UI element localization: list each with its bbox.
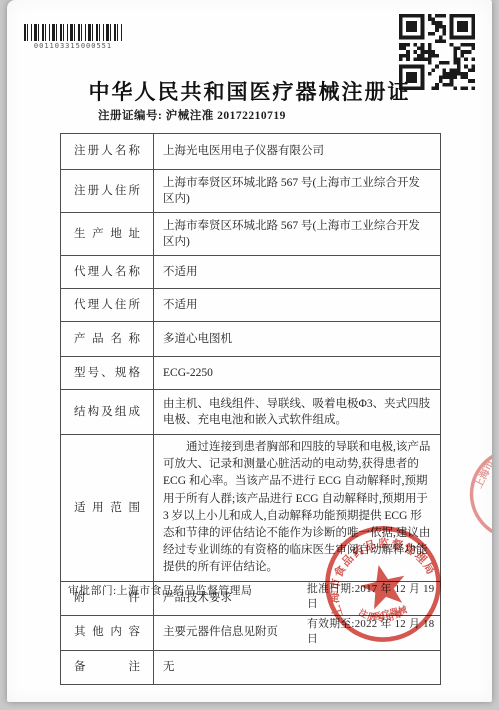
field-value: 多道心电图机 bbox=[154, 322, 441, 357]
table-row: 代理人名称 不适用 bbox=[61, 256, 441, 289]
registration-number-line: 注册证编号: 沪械注准 20172210719 bbox=[98, 107, 286, 123]
field-label: 结构及组成 bbox=[61, 390, 154, 435]
edge-seal: 上海市 bbox=[447, 436, 492, 560]
field-label: 代理人名称 bbox=[61, 256, 154, 289]
field-value: 不适用 bbox=[154, 289, 441, 322]
approval-value: 上海市食品药品监督管理局 bbox=[117, 585, 253, 597]
table-row: 注册人名称 上海光电医用电子仪器有限公司 bbox=[61, 134, 441, 170]
table-row: 生产地址 上海市奉贤区环城北路 567 号(上海市工业综合开发区内) bbox=[61, 213, 441, 256]
table-row: 结构及组成 由主机、电线组件、导联线、吸着电极Φ3、夹式四肢电极、充电电池和嵌入… bbox=[61, 390, 441, 435]
table-row: 代理人住所 不适用 bbox=[61, 289, 441, 322]
approval-label: 审批部门: bbox=[68, 585, 117, 597]
field-value: 由主机、电线组件、导联线、吸着电极Φ3、夹式四肢电极、充电电池和嵌入式软件组成。 bbox=[154, 390, 441, 435]
field-value: 无 bbox=[154, 650, 441, 684]
official-seal: 上海市食品药品监督管理局 医疗器械 注册专用章 bbox=[297, 498, 470, 671]
field-label: 型号、规格 bbox=[61, 357, 154, 390]
barcode: 001103315000551 bbox=[18, 24, 128, 50]
field-value: 不适用 bbox=[154, 256, 441, 289]
table-row: 型号、规格 ECG-2250 bbox=[61, 357, 441, 390]
registration-number-label: 注册证编号: bbox=[98, 110, 162, 122]
field-label: 备 注 bbox=[61, 650, 154, 684]
field-label: 注册人住所 bbox=[61, 170, 154, 213]
field-label: 生产地址 bbox=[61, 213, 154, 256]
field-value: ECG-2250 bbox=[154, 357, 441, 390]
barcode-number: 001103315000551 bbox=[18, 42, 128, 50]
field-label: 其他内容 bbox=[61, 615, 154, 650]
table-row: 产品名称 多道心电图机 bbox=[61, 322, 441, 357]
registration-number-value: 沪械注准 20172210719 bbox=[166, 110, 286, 122]
field-label: 适用范围 bbox=[61, 435, 154, 582]
table-row: 注册人住所 上海市奉贤区环城北路 567 号(上海市工业综合开发区内) bbox=[61, 170, 441, 213]
field-label: 代理人住所 bbox=[61, 289, 154, 322]
field-value: 上海光电医用电子仪器有限公司 bbox=[154, 134, 441, 170]
seal-star bbox=[357, 560, 411, 611]
barcode-bars bbox=[24, 24, 122, 41]
certificate-page: 001103315000551 中华人民共和国医疗器械注册证 注册证编号: 沪械… bbox=[7, 0, 492, 702]
field-label: 注册人名称 bbox=[61, 134, 154, 170]
field-label: 产品名称 bbox=[61, 322, 154, 357]
approval-department: 审批部门:上海市食品药品监督管理局 bbox=[68, 583, 252, 598]
field-value: 上海市奉贤区环城北路 567 号(上海市工业综合开发区内) bbox=[154, 213, 441, 256]
certificate-title: 中华人民共和国医疗器械注册证 bbox=[7, 76, 492, 106]
field-value: 上海市奉贤区环城北路 567 号(上海市工业综合开发区内) bbox=[154, 170, 441, 213]
